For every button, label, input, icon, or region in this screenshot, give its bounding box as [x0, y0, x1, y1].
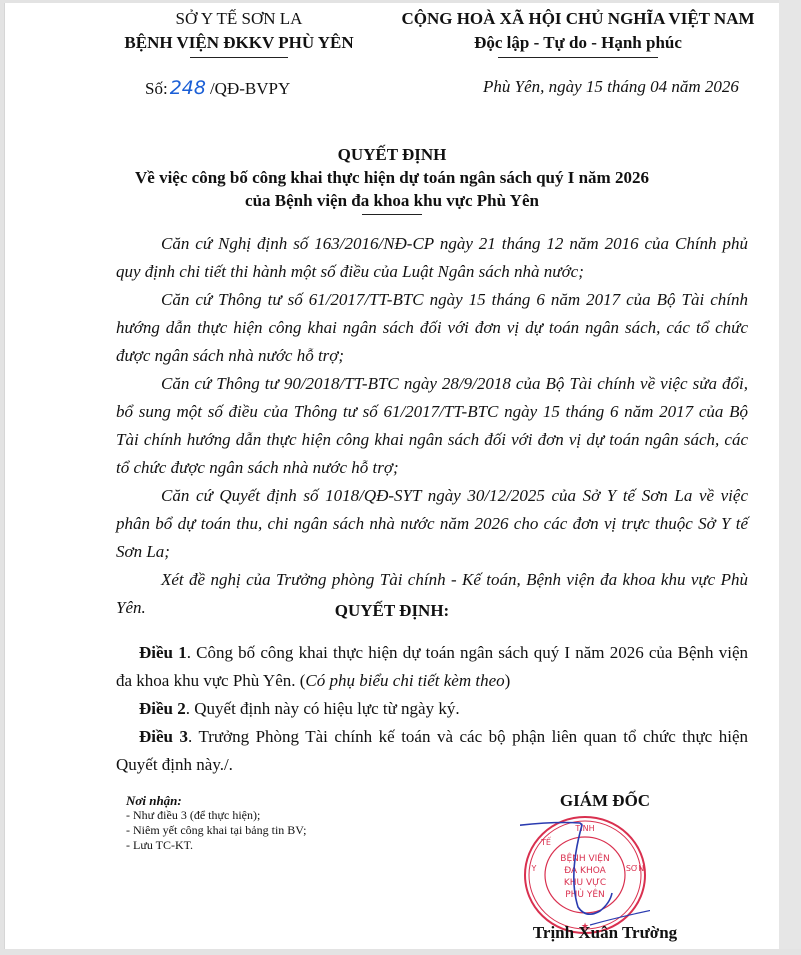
title-underline — [362, 214, 422, 215]
number-suffix: /QĐ-BVPY — [210, 79, 290, 98]
article-text: . Trưởng Phòng Tài chính kế toán và các … — [116, 727, 748, 774]
bottom-edge — [0, 949, 801, 955]
preamble-item: Căn cứ Thông tư số 61/2017/TT-BTC ngày 1… — [116, 286, 748, 370]
preamble-item: Căn cứ Nghị định số 163/2016/NĐ-CP ngày … — [116, 230, 748, 286]
article-1: Điều 1. Công bố công khai thực hiện dự t… — [116, 639, 748, 695]
svg-text:TẾ: TẾ — [540, 836, 552, 847]
recipients-title: Nơi nhận: — [126, 793, 306, 808]
recipient-item: - Niêm yết công khai tại bảng tin BV; — [126, 823, 306, 838]
signer-name: Trịnh Xuân Trường — [495, 923, 715, 943]
article-note: Có phụ biểu chi tiết kèm theo — [305, 671, 504, 690]
country-name: CỘNG HOÀ XÃ HỘI CHỦ NGHĨA VIỆT NAM — [373, 7, 783, 31]
vertical-scrollbar[interactable] — [779, 0, 801, 955]
handwritten-number: 248 — [168, 77, 210, 99]
agency-underline — [190, 57, 288, 58]
articles: Điều 1. Công bố công khai thực hiện dự t… — [116, 639, 748, 779]
document-title: QUYẾT ĐỊNH — [5, 143, 779, 166]
document-page: SỞ Y TẾ SƠN LA BỆNH VIỆN ĐKKV PHÙ YÊN Số… — [4, 3, 779, 949]
national-header-block: CỘNG HOÀ XÃ HỘI CHỦ NGHĨA VIỆT NAM Độc l… — [373, 7, 783, 58]
svg-text:KHU VỰC: KHU VỰC — [564, 878, 606, 888]
motto-underline — [498, 57, 658, 58]
signer-title: GIÁM ĐỐC — [495, 791, 715, 811]
unit-name: BỆNH VIỆN ĐKKV PHÙ YÊN — [89, 31, 389, 55]
article-2: Điều 2. Quyết định này có hiệu lực từ ng… — [116, 695, 748, 723]
place-date: Phù Yên, ngày 15 tháng 04 năm 2026 — [483, 77, 739, 97]
issuing-agency-block: SỞ Y TẾ SƠN LA BỆNH VIỆN ĐKKV PHÙ YÊN — [89, 7, 389, 58]
recipient-item: - Lưu TC-KT. — [126, 838, 306, 853]
article-label: Điều 2 — [139, 699, 186, 718]
svg-text:TỈNH: TỈNH — [574, 822, 594, 833]
preamble: Căn cứ Nghị định số 163/2016/NĐ-CP ngày … — [116, 230, 748, 622]
document-number: Số:248/QĐ-BVPY — [145, 77, 290, 99]
svg-text:Y: Y — [531, 864, 537, 873]
recipient-item: - Như điều 3 (để thực hiện); — [126, 808, 306, 823]
document-title-block: QUYẾT ĐỊNH Về việc công bố công khai thự… — [5, 143, 779, 215]
agency-name: SỞ Y TẾ SƠN LA — [89, 7, 389, 31]
article-text: . Quyết định này có hiệu lực từ ngày ký. — [186, 699, 460, 718]
national-motto: Độc lập - Tự do - Hạnh phúc — [373, 31, 783, 55]
svg-text:BỆNH VIỆN: BỆNH VIỆN — [560, 852, 609, 864]
subject-line-2: của Bệnh viện đa khoa khu vực Phù Yên — [5, 189, 779, 212]
article-label: Điều 3 — [139, 727, 188, 746]
recipients-block: Nơi nhận: - Như điều 3 (để thực hiện); -… — [126, 793, 306, 853]
subject-line-1: Về việc công bố công khai thực hiện dự t… — [5, 166, 779, 189]
number-prefix: Số: — [145, 79, 168, 98]
article-3: Điều 3. Trưởng Phòng Tài chính kế toán v… — [116, 723, 748, 779]
preamble-item: Căn cứ Quyết định số 1018/QĐ-SYT ngày 30… — [116, 482, 748, 566]
article-tail: ) — [505, 671, 511, 690]
preamble-item: Căn cứ Thông tư 90/2018/TT-BTC ngày 28/9… — [116, 370, 748, 482]
article-label: Điều 1 — [139, 643, 187, 662]
svg-text:ĐA KHOA: ĐA KHOA — [564, 866, 606, 876]
svg-text:SƠN: SƠN — [626, 864, 644, 873]
svg-text:PHÙ YÊN: PHÙ YÊN — [565, 888, 605, 900]
decision-heading: QUYẾT ĐỊNH: — [5, 601, 779, 621]
official-stamp-icon: TỈNH Y TẾ SƠN BỆNH VIỆN ĐA KHOA KHU VỰC … — [520, 815, 650, 935]
